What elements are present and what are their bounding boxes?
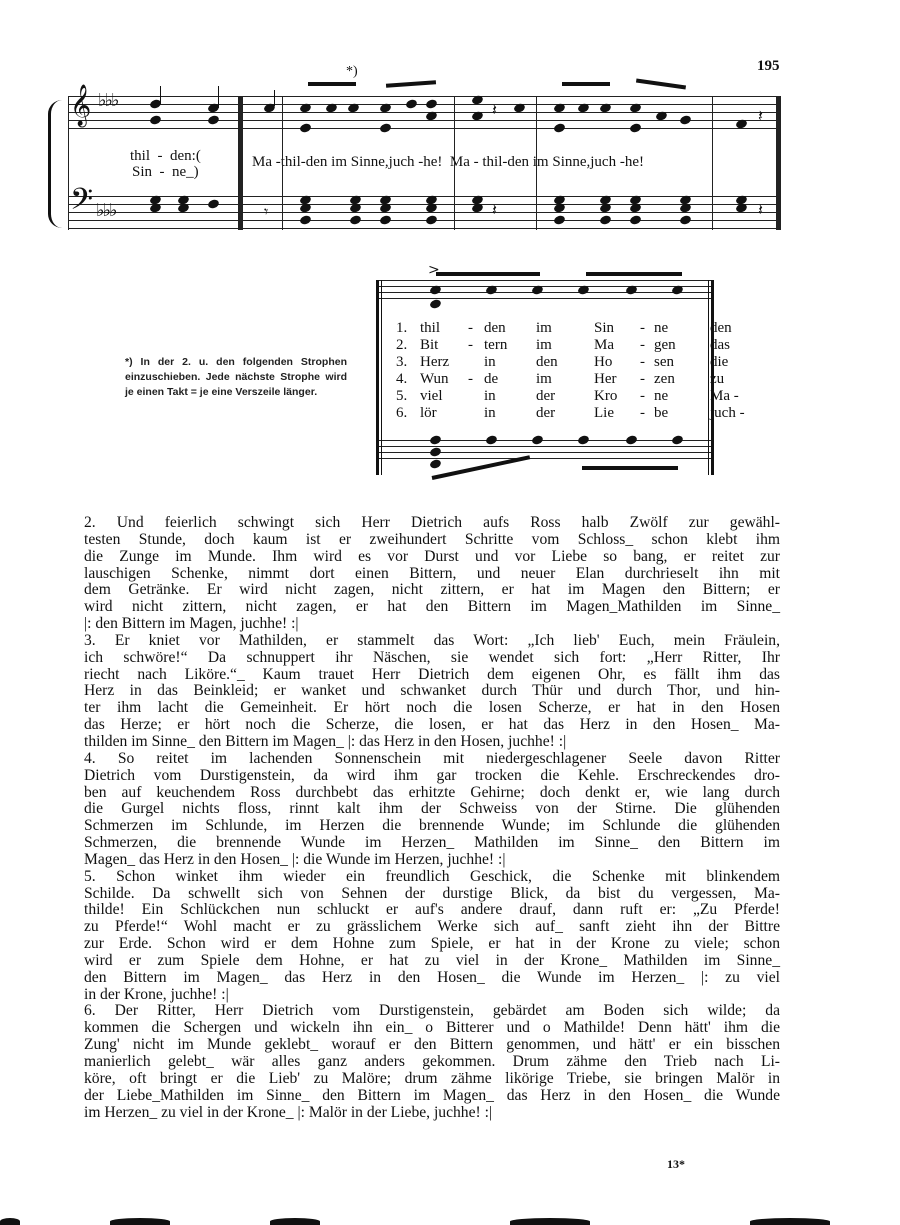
verse-insert-box: > 1.thil-denimSin-neden 2.Bit-ternimMa-g… bbox=[376, 266, 714, 488]
scan-edge bbox=[110, 1218, 170, 1225]
page-number: 195 bbox=[757, 58, 780, 75]
stanza-text: 2. Und feierlich schwingt sich Herr Diet… bbox=[84, 515, 780, 1121]
signature-mark: 13* bbox=[667, 1157, 685, 1172]
treble-staff: 𝄞 ♭♭♭ *) 𝄽 𝄽 bbox=[68, 96, 778, 128]
stanza-4: 4. So reitet im lachenden Sonnenschein m… bbox=[84, 751, 780, 869]
scan-edge bbox=[270, 1218, 320, 1225]
stanza-6: 6. Der Ritter, Herr Dietrich vom Durstig… bbox=[84, 1003, 780, 1121]
stanza-2: 2. Und feierlich schwingt sich Herr Diet… bbox=[84, 515, 780, 633]
lyrics-ending-bottom: Sin - ne_) bbox=[132, 164, 199, 180]
lyrics-refrain: Ma -thil-den im Sinne,juch -he! Ma - thi… bbox=[252, 154, 644, 171]
key-signature-flats-bass: ♭♭♭ bbox=[96, 200, 115, 221]
scan-edge bbox=[750, 1218, 830, 1225]
bass-clef-icon: 𝄢 bbox=[70, 186, 93, 222]
stanza-5: 5. Schon winket ihm wieder ein freundlic… bbox=[84, 869, 780, 1004]
key-signature-flats: ♭♭♭ bbox=[98, 90, 117, 111]
lyrics-ending-top: thil - den:( bbox=[130, 148, 201, 164]
footnote: *) In der 2. u. den folgenden Strophen e… bbox=[125, 355, 347, 400]
scan-edge bbox=[0, 1218, 20, 1225]
scan-edge bbox=[510, 1218, 590, 1225]
stanza-3: 3. Er kniet vor Mathilden, er stammelt d… bbox=[84, 633, 780, 751]
treble-clef-icon: 𝄞 bbox=[70, 88, 91, 124]
score-system: 𝄞 ♭♭♭ *) 𝄽 𝄽 thil - den:( Sin - ne_) Ma … bbox=[56, 96, 781, 246]
footnote-marker: *) bbox=[346, 64, 358, 80]
bass-staff: 𝄢 ♭♭♭ 𝄾 𝄽 𝄽 bbox=[68, 196, 778, 228]
grand-staff-brace bbox=[48, 100, 63, 228]
